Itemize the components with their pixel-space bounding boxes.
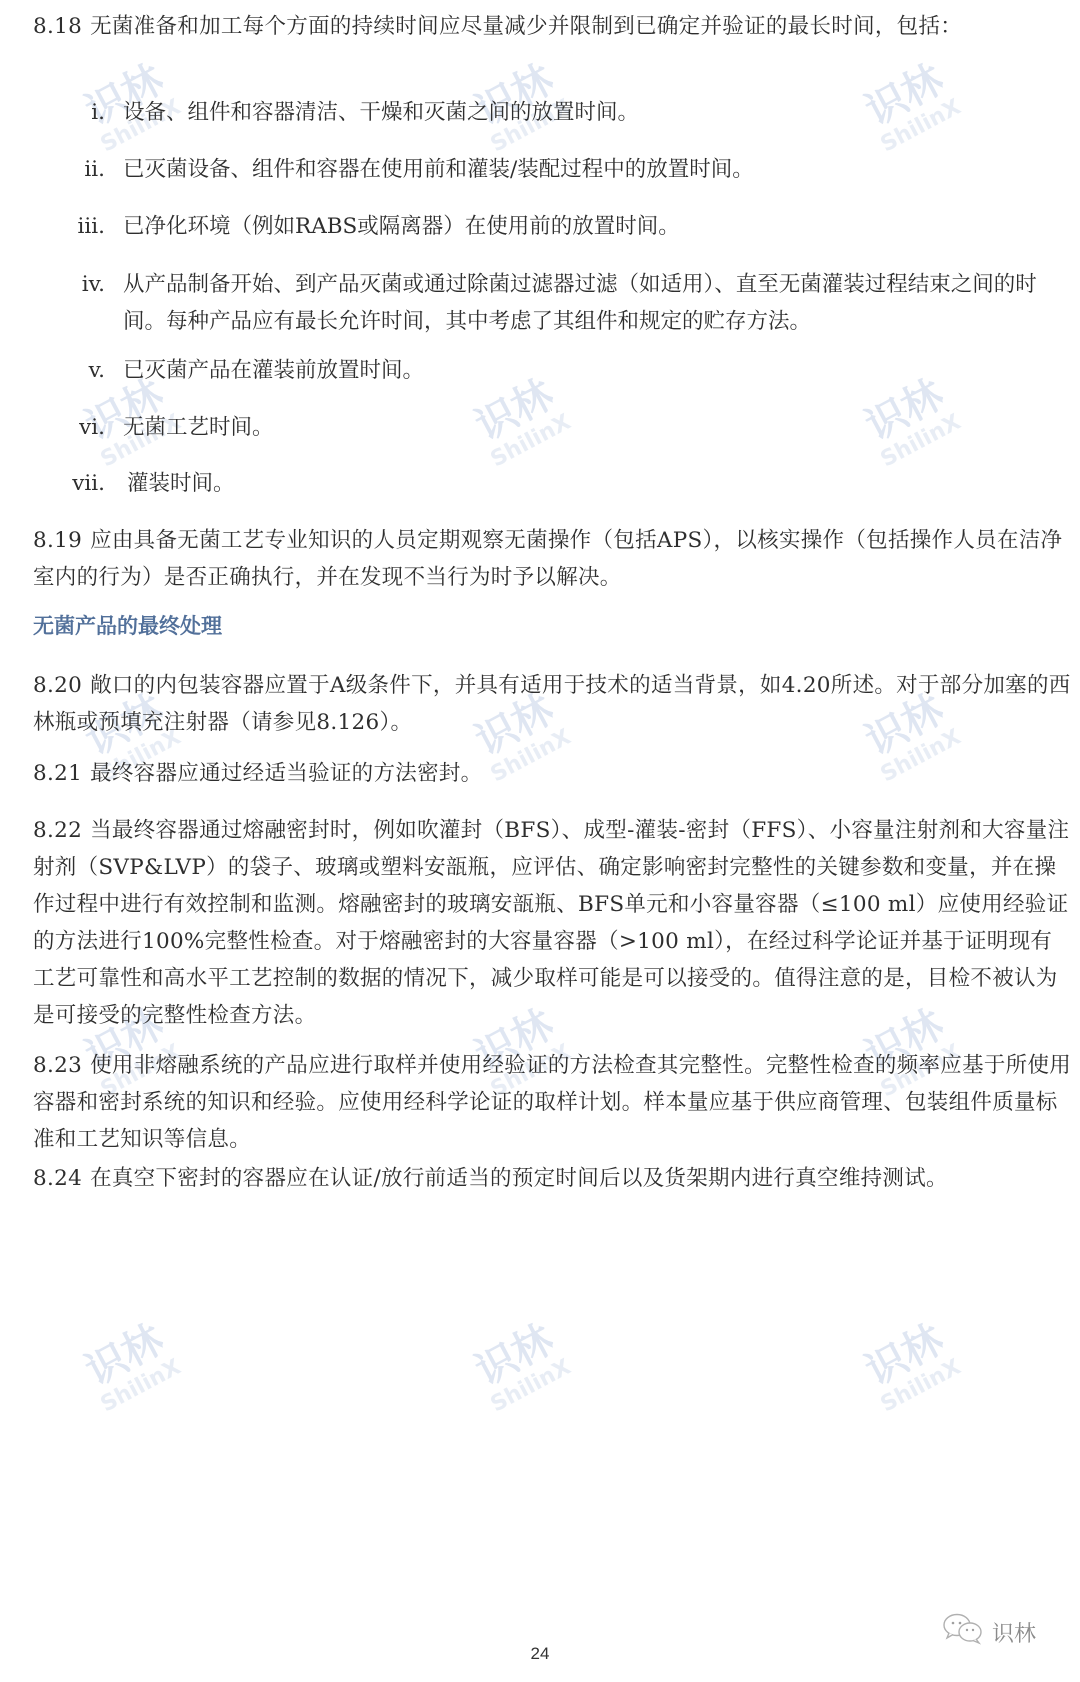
list-item-text: 无菌工艺时间。: [123, 409, 1073, 446]
clause-text: 敞口的内包装容器应置于A级条件下，并具有适用于技术的适当背景，如4.20所述。对…: [33, 673, 1071, 735]
document-page: 识林ShilinX 识林ShilinX 识林ShilinX 识林ShilinX …: [0, 0, 1080, 1682]
list-marker: vi.: [33, 409, 105, 446]
paragraph-8-24: 8.24在真空下密封的容器应在认证/放行前适当的预定时间后以及货架期内进行真空维…: [33, 1160, 1073, 1197]
list-marker: i.: [33, 94, 105, 131]
clause-number: 8.20: [33, 673, 82, 698]
paragraph-8-22: 8.22当最终容器通过熔融密封时，例如吹灌封（BFS）、成型-灌装-密封（FFS…: [33, 812, 1073, 1034]
clause-number: 8.18: [33, 14, 82, 39]
list-marker: v.: [33, 352, 105, 389]
brand-label: 识林: [992, 1617, 1036, 1648]
list-item-text: 已净化环境（例如RABS或隔离器）在使用前的放置时间。: [123, 208, 1073, 245]
clause-number: 8.21: [33, 761, 82, 786]
paragraph-8-21: 8.21最终容器应通过经适当验证的方法密封。: [33, 755, 1073, 792]
clause-text: 最终容器应通过经适当验证的方法密封。: [90, 761, 482, 786]
clause-text: 应由具备无菌工艺专业知识的人员定期观察无菌操作（包括APS），以核实操作（包括操…: [33, 528, 1062, 590]
clause-text: 无菌准备和加工每个方面的持续时间应尽量减少并限制到已确定并验证的最长时间，包括：: [90, 14, 962, 39]
page-number: 24: [0, 1644, 1080, 1664]
section-heading: 无菌产品的最终处理: [33, 611, 222, 641]
paragraph-8-23: 8.23使用非熔融系统的产品应进行取样并使用经验证的方法检查其完整性。完整性检查…: [33, 1047, 1073, 1158]
clause-text: 在真空下密封的容器应在认证/放行前适当的预定时间后以及货架期内进行真空维持测试。: [90, 1166, 948, 1191]
list-item-text: 已灭菌产品在灌装前放置时间。: [123, 352, 1073, 389]
list-marker: iii.: [33, 208, 105, 245]
watermark: 识林ShilinX: [65, 1309, 204, 1440]
watermark: 识林ShilinX: [845, 1309, 984, 1440]
list-item-text: 已灭菌设备、组件和容器在使用前和灌装/装配过程中的放置时间。: [123, 151, 1073, 188]
paragraph-8-20: 8.20敞口的内包装容器应置于A级条件下，并具有适用于技术的适当背景，如4.20…: [33, 667, 1073, 741]
clause-number: 8.24: [33, 1166, 82, 1191]
watermark: 识林ShilinX: [455, 1309, 594, 1440]
list-marker: vii.: [33, 465, 105, 502]
paragraph-8-18: 8.18无菌准备和加工每个方面的持续时间应尽量减少并限制到已确定并验证的最长时间…: [33, 8, 1073, 45]
list-marker: iv.: [33, 266, 105, 303]
list-item-text: 灌装时间。: [127, 465, 1077, 502]
clause-number: 8.19: [33, 528, 82, 553]
list-item-text: 从产品制备开始、到产品灭菌或通过除菌过滤器过滤（如适用）、直至无菌灌装过程结束之…: [123, 266, 1073, 340]
clause-number: 8.22: [33, 818, 82, 843]
clause-text: 当最终容器通过熔融密封时，例如吹灌封（BFS）、成型-灌装-密封（FFS）、小容…: [33, 818, 1069, 1028]
list-marker: ii.: [33, 151, 105, 188]
clause-number: 8.23: [33, 1053, 82, 1078]
paragraph-8-19: 8.19应由具备无菌工艺专业知识的人员定期观察无菌操作（包括APS），以核实操作…: [33, 522, 1073, 596]
list-item-text: 设备、组件和容器清洁、干燥和灭菌之间的放置时间。: [123, 94, 1073, 131]
clause-text: 使用非熔融系统的产品应进行取样并使用经验证的方法检查其完整性。完整性检查的频率应…: [33, 1053, 1071, 1152]
